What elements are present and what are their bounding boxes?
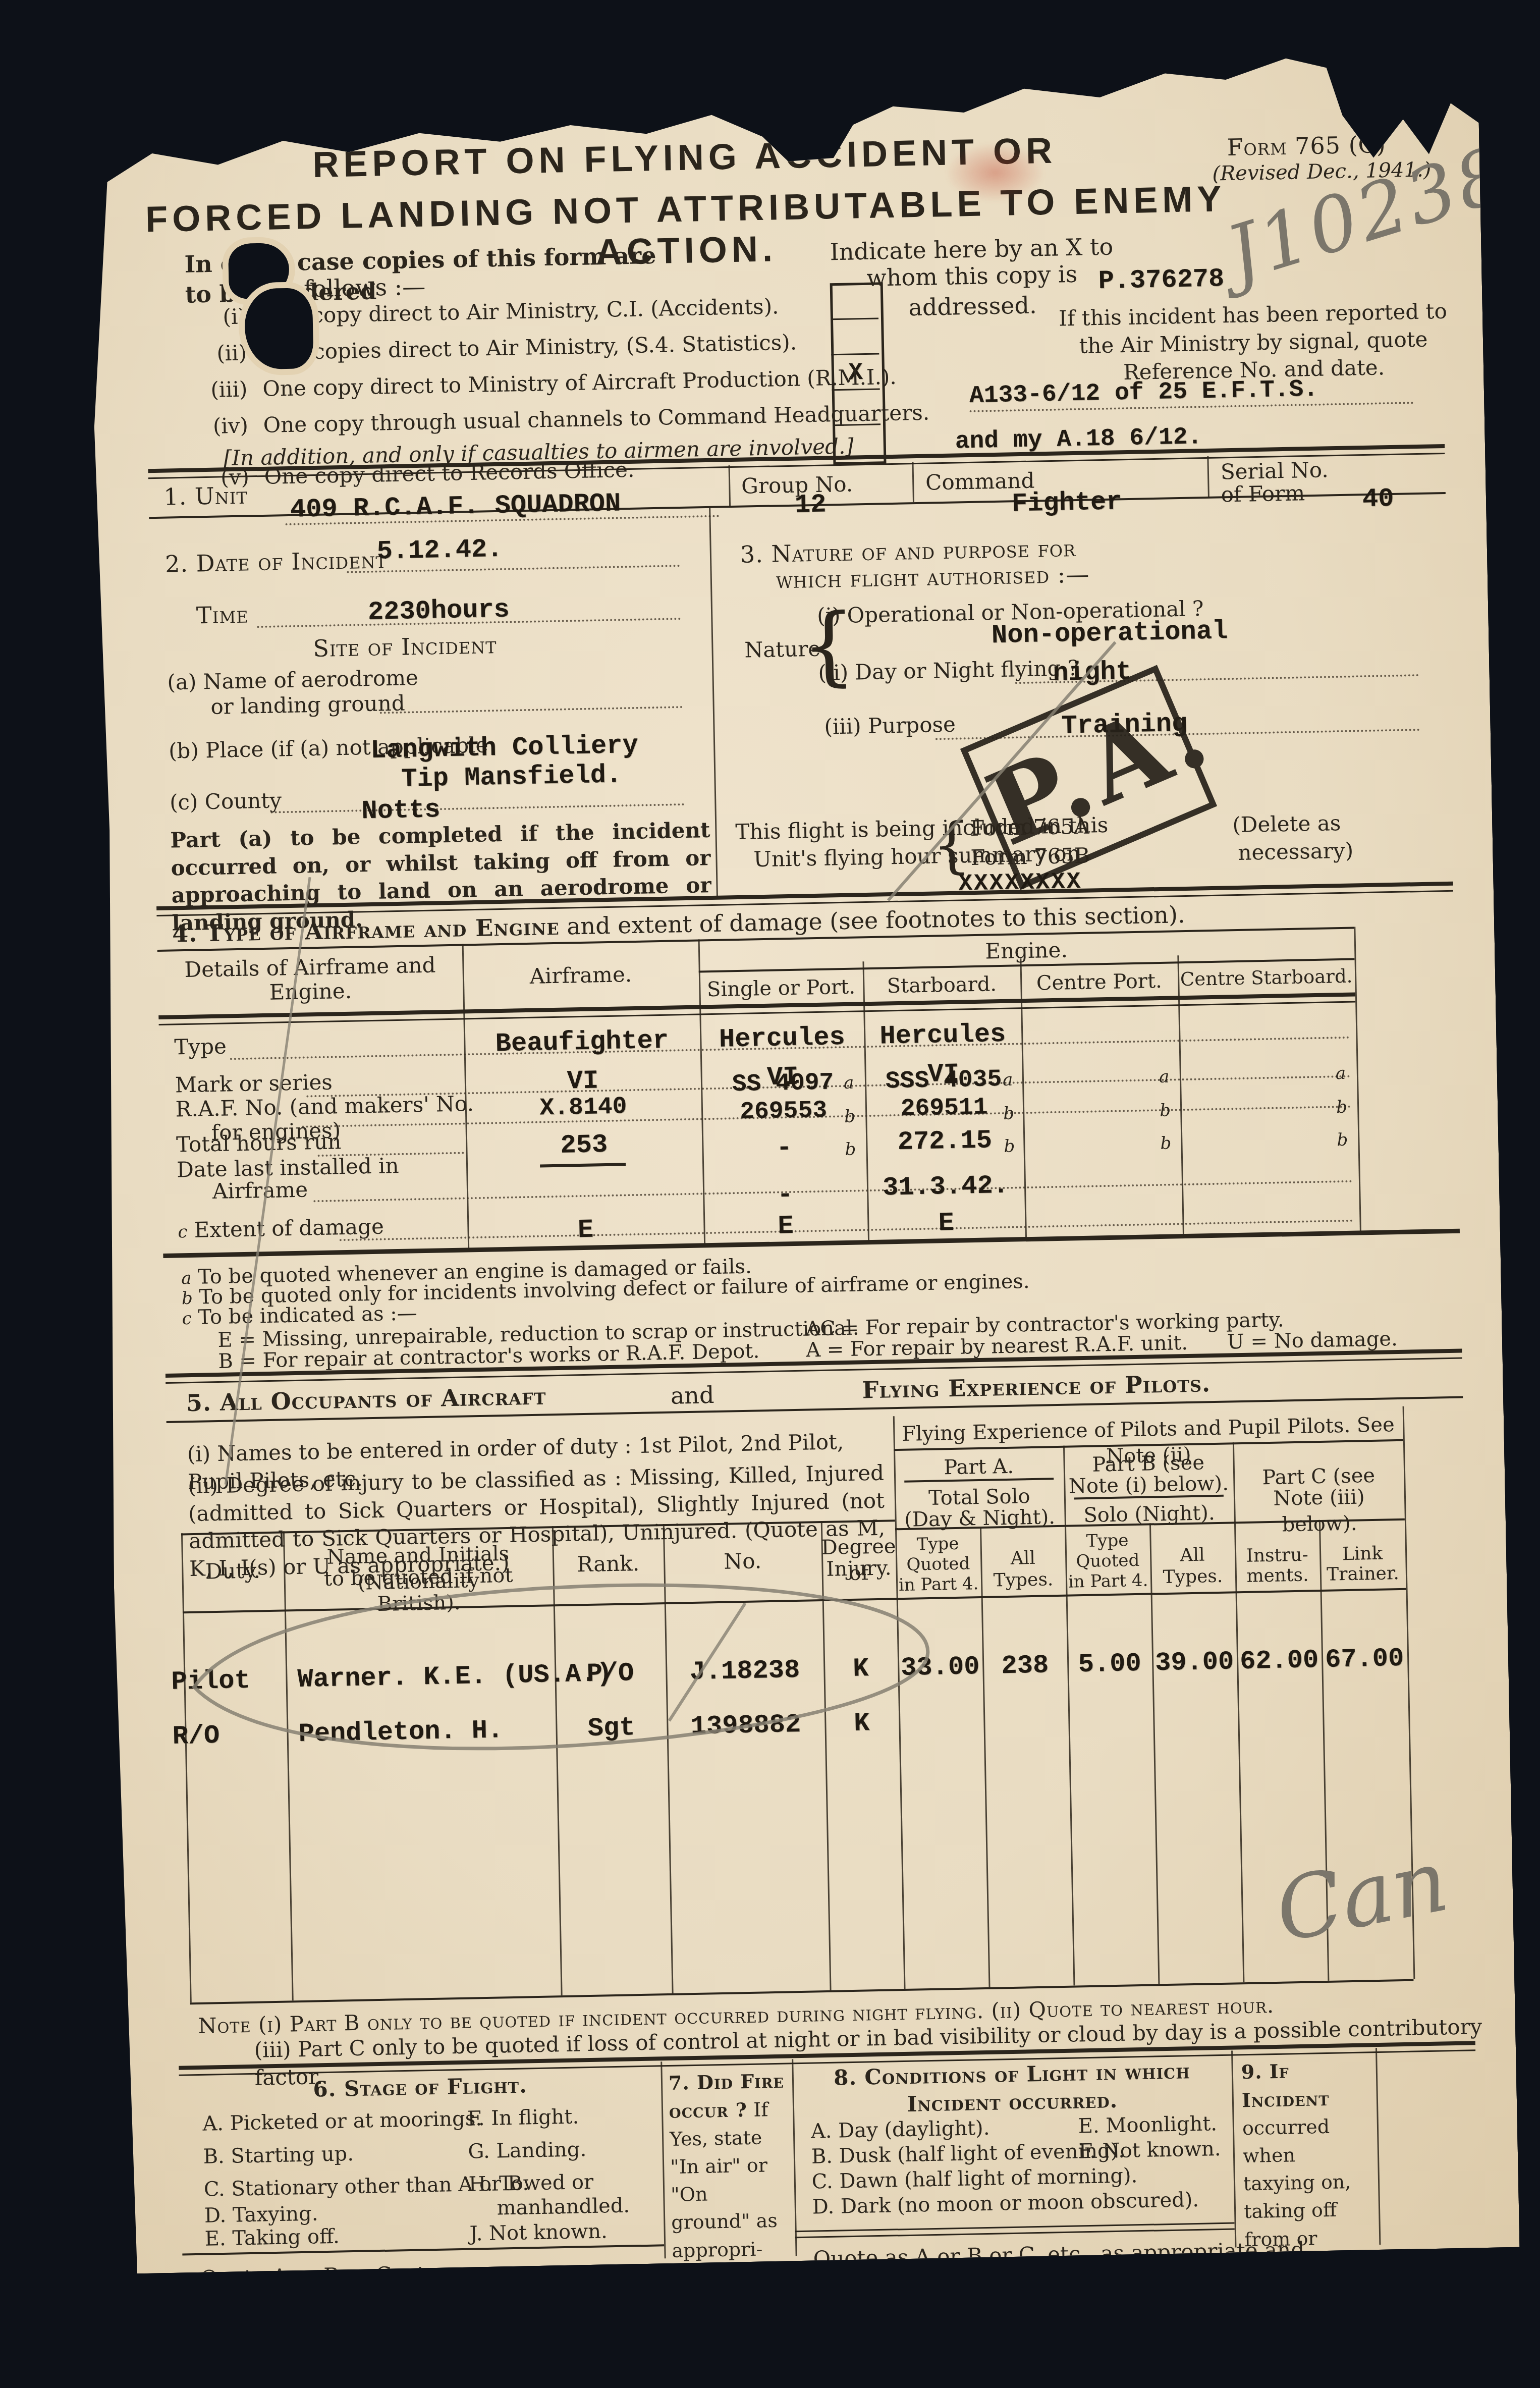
s8-answer-dots bbox=[1096, 2283, 1440, 2292]
scanned-form-page: REPORT ON FLYING ACCIDENT OR FORCED LAND… bbox=[65, 47, 1519, 2274]
s8-answer: D bbox=[1121, 2270, 1137, 2301]
pencil-line-through-circle bbox=[667, 1603, 747, 1721]
red-mark-top-edge bbox=[933, 86, 981, 92]
pencil-circle-pilot-row bbox=[192, 1580, 929, 1754]
pencil-diagonal-line-upper bbox=[883, 642, 1120, 901]
pencil-diagonal-line-lower bbox=[214, 877, 321, 1484]
s7-answer: Yes in air bbox=[708, 2284, 866, 2317]
s6-answer-dots bbox=[391, 2301, 794, 2311]
scan-background: { "header": { "title_line1": "REPORT ON … bbox=[0, 0, 1540, 2388]
pto-note: [P.T.O. bbox=[1243, 2309, 1306, 2337]
s8-quote-line2: amplify in Part 12(B) if neccessary. bbox=[813, 2264, 1189, 2299]
s6-answer: F bbox=[461, 2287, 477, 2317]
s6-quote-line2: as appropriate bbox=[229, 2288, 386, 2319]
page-bottom-rule bbox=[184, 2294, 1480, 2323]
